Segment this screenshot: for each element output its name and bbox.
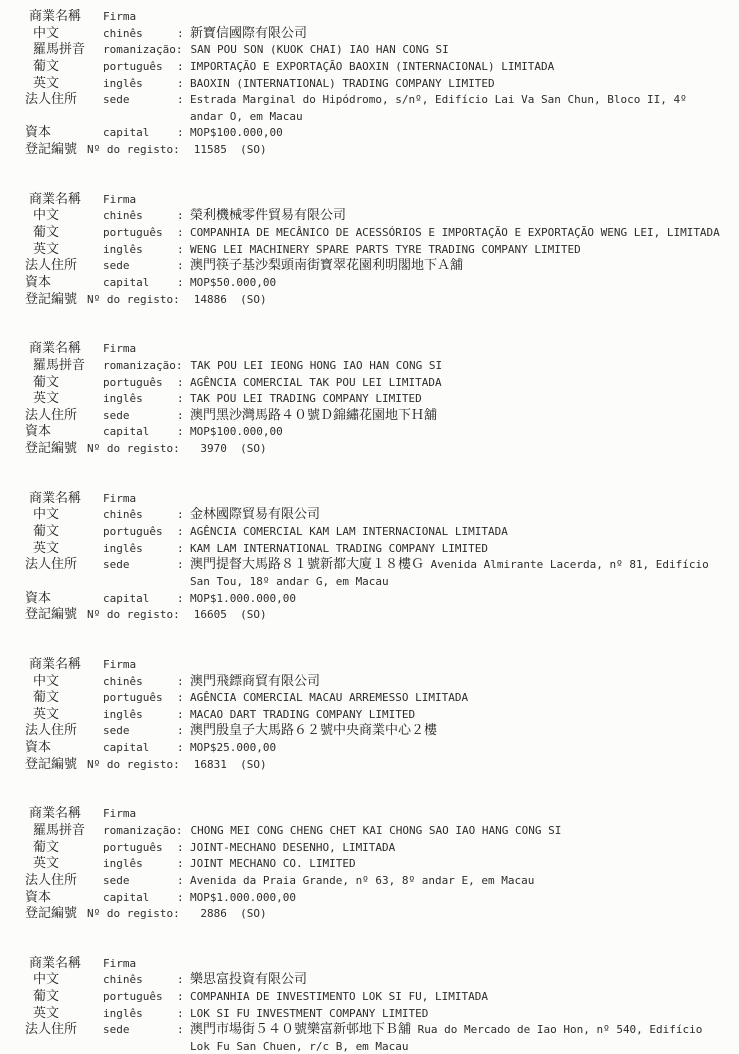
row-portuguese: 葡文português:JOINT-MECHANO DESENHO, LIMIT… bbox=[25, 840, 735, 857]
row-english: 英文inglês:TAK POU LEI TRADING COMPANY LIM… bbox=[25, 391, 735, 408]
label-pt-chinese: chinês bbox=[103, 26, 177, 43]
label-pt-registo: Nº do registo: bbox=[87, 906, 180, 923]
label-zh-firma: 商業名稱 bbox=[25, 9, 103, 26]
label-zh-firma: 商業名稱 bbox=[25, 806, 103, 823]
row-firma: 商業名稱Firma bbox=[25, 491, 735, 508]
row-firma: 商業名稱Firma bbox=[25, 9, 735, 26]
label-zh-portuguese: 葡文 bbox=[25, 690, 103, 707]
label-zh-sede: 法人住所 bbox=[25, 408, 103, 425]
value-english: LOK SI FU INVESTMENT COMPANY LIMITED bbox=[190, 1007, 428, 1020]
row-firma: 商業名稱Firma bbox=[25, 341, 735, 358]
label-zh-firma: 商業名稱 bbox=[25, 192, 103, 209]
colon-separator: : bbox=[177, 591, 190, 608]
row-english: 英文inglês:BAOXIN (INTERNATIONAL) TRADING … bbox=[25, 76, 735, 93]
label-zh-registo: 登記編號 bbox=[25, 142, 87, 159]
colon-separator: : bbox=[177, 989, 190, 1006]
colon-separator: : bbox=[177, 208, 190, 225]
registry-entry: 商業名稱Firma中文chinês:樂思富投資有限公司葡文português:C… bbox=[25, 956, 735, 1054]
label-pt-registo: Nº do registo: bbox=[87, 441, 180, 458]
label-pt-sede: sede bbox=[103, 557, 177, 574]
label-zh-capital: 資本 bbox=[25, 740, 103, 757]
row-portuguese: 葡文português:COMPANHIA DE INVESTIMENTO LO… bbox=[25, 989, 735, 1006]
label-pt-portuguese: português bbox=[103, 225, 177, 242]
label-zh-sede: 法人住所 bbox=[25, 92, 103, 109]
label-zh-sede: 法人住所 bbox=[25, 723, 103, 740]
colon-separator: : bbox=[177, 92, 190, 109]
cjk-text-segment: 澳門殷皇子大馬路６２號中央商業中心２樓 bbox=[190, 723, 437, 738]
label-zh-portuguese: 葡文 bbox=[25, 524, 103, 541]
label-pt-firma: Firma bbox=[103, 806, 177, 823]
cjk-text-segment: 澳門筷子基沙梨頭南街寶翠花園利明閣地下Ａ舖 bbox=[190, 258, 463, 273]
row-english: 英文inglês:WENG LEI MACHINERY SPARE PARTS … bbox=[25, 242, 735, 259]
row-portuguese: 葡文português:AGÊNCIA COMERCIAL TAK POU LE… bbox=[25, 375, 735, 392]
label-pt-english: inglês bbox=[103, 76, 177, 93]
colon-separator: : bbox=[177, 242, 190, 259]
scanned-registry-page: { "page": { "background": "#fcfcfb", "te… bbox=[0, 0, 739, 1054]
colon-separator: : bbox=[177, 723, 190, 740]
value-capital: MOP$50.000,00 bbox=[190, 276, 276, 289]
row-portuguese: 葡文português:COMPANHIA DE MECÂNICO DE ACE… bbox=[25, 225, 735, 242]
label-zh-capital: 資本 bbox=[25, 890, 103, 907]
label-pt-portuguese: português bbox=[103, 59, 177, 76]
row-capital: 資本capital:MOP$1.000.000,00 bbox=[25, 890, 735, 907]
value-registo: 16605 (SO) bbox=[194, 608, 267, 621]
label-pt-portuguese: português bbox=[103, 375, 177, 392]
row-registo: 登記編號Nº do registo: 3970 (SO) bbox=[25, 441, 735, 458]
label-pt-roman: romanização: bbox=[103, 358, 182, 375]
value-portuguese: AGÊNCIA COMERCIAL KAM LAM INTERNACIONAL … bbox=[190, 525, 508, 538]
colon-separator: : bbox=[177, 375, 190, 392]
value-portuguese: IMPORTAÇÃO E EXPORTAÇÃO BAOXIN (INTERNAC… bbox=[190, 60, 554, 73]
label-pt-english: inglês bbox=[103, 707, 177, 724]
label-pt-capital: capital bbox=[103, 591, 177, 608]
label-zh-sede: 法人住所 bbox=[25, 1022, 103, 1039]
value-english: JOINT MECHANO CO. LIMITED bbox=[190, 857, 356, 870]
label-zh-firma: 商業名稱 bbox=[25, 341, 103, 358]
registry-document: 商業名稱Firma中文chinês:新寶信國際有限公司羅馬拼音romanizaç… bbox=[0, 0, 739, 1054]
label-zh-portuguese: 葡文 bbox=[25, 989, 103, 1006]
row-sede-continuation: andar O, em Macau bbox=[25, 109, 735, 126]
cjk-text-segment: 澳門飛鏢商貿有限公司 bbox=[190, 674, 320, 689]
cjk-text-segment: 澳門提督大馬路８１號新都大廈１８樓Ｇ bbox=[190, 557, 424, 572]
colon-separator: : bbox=[177, 76, 190, 93]
colon-separator: : bbox=[177, 225, 190, 242]
value-english: KAM LAM INTERNATIONAL TRADING COMPANY LI… bbox=[190, 542, 488, 555]
label-pt-roman: romanização: bbox=[103, 823, 182, 840]
label-pt-capital: capital bbox=[103, 125, 177, 142]
row-roman: 羅馬拼音romanização:TAK POU LEI IEONG HONG I… bbox=[25, 358, 735, 375]
colon-separator: : bbox=[177, 541, 190, 558]
row-roman: 羅馬拼音romanização:CHONG MEI CONG CHENG CHE… bbox=[25, 823, 735, 840]
label-zh-sede: 法人住所 bbox=[25, 258, 103, 275]
row-portuguese: 葡文português:AGÊNCIA COMERCIAL KAM LAM IN… bbox=[25, 524, 735, 541]
value-chinese: 澳門飛鏢商貿有限公司 bbox=[190, 675, 320, 688]
row-sede: 法人住所sede:澳門殷皇子大馬路６２號中央商業中心２樓 bbox=[25, 723, 735, 740]
label-pt-firma: Firma bbox=[103, 956, 177, 973]
registry-entry: 商業名稱Firma中文chinês:澳門飛鏢商貿有限公司葡文português:… bbox=[25, 657, 735, 773]
label-zh-registo: 登記編號 bbox=[25, 292, 87, 309]
label-pt-capital: capital bbox=[103, 424, 177, 441]
row-sede-continuation: San Tou, 18º andar G, em Macau bbox=[25, 574, 735, 591]
colon-separator: : bbox=[177, 424, 190, 441]
value-chinese: 榮利機械零件貿易有限公司 bbox=[190, 209, 346, 222]
label-zh-registo: 登記編號 bbox=[25, 607, 87, 624]
value-portuguese: COMPANHIA DE INVESTIMENTO LOK SI FU, LIM… bbox=[190, 990, 488, 1003]
row-registo: 登記編號Nº do registo: 2886 (SO) bbox=[25, 906, 735, 923]
value-roman: CHONG MEI CONG CHENG CHET KAI CHONG SAO … bbox=[190, 824, 561, 837]
label-zh-portuguese: 葡文 bbox=[25, 375, 103, 392]
row-portuguese: 葡文português:AGÊNCIA COMERCIAL MACAU ARRE… bbox=[25, 690, 735, 707]
colon-separator: : bbox=[177, 1022, 190, 1039]
value-portuguese: COMPANHIA DE MECÂNICO DE ACESSÓRIOS E IM… bbox=[190, 226, 720, 239]
value-portuguese: AGÊNCIA COMERCIAL MACAU ARREMESSO LIMITA… bbox=[190, 691, 468, 704]
row-sede: 法人住所sede:澳門市場街５４０號樂富新邨地下Ｂ舖 Rua do Mercad… bbox=[25, 1022, 735, 1039]
row-english: 英文inglês:KAM LAM INTERNATIONAL TRADING C… bbox=[25, 541, 735, 558]
row-firma: 商業名稱Firma bbox=[25, 192, 735, 209]
label-zh-chinese: 中文 bbox=[25, 208, 103, 225]
colon-separator: : bbox=[177, 391, 190, 408]
value-registo: 11585 (SO) bbox=[194, 143, 267, 156]
value-capital: MOP$25.000,00 bbox=[190, 741, 276, 754]
label-zh-portuguese: 葡文 bbox=[25, 225, 103, 242]
value-capital: MOP$1.000.000,00 bbox=[190, 592, 296, 605]
value-sede: 澳門黑沙灣馬路４０號Ｄ錦繡花園地下Ｈ舖 bbox=[190, 409, 437, 422]
registry-entry: 商業名稱Firma中文chinês:新寶信國際有限公司羅馬拼音romanizaç… bbox=[25, 9, 735, 159]
label-pt-firma: Firma bbox=[103, 9, 177, 26]
label-pt-sede: sede bbox=[103, 723, 177, 740]
registry-entry: 商業名稱Firma羅馬拼音romanização:CHONG MEI CONG … bbox=[25, 806, 735, 922]
label-zh-chinese: 中文 bbox=[25, 674, 103, 691]
value-registo: 16831 (SO) bbox=[194, 758, 267, 771]
value-registo: 14886 (SO) bbox=[194, 293, 267, 306]
row-portuguese: 葡文português:IMPORTAÇÃO E EXPORTAÇÃO BAOX… bbox=[25, 59, 735, 76]
label-pt-firma: Firma bbox=[103, 341, 177, 358]
label-zh-capital: 資本 bbox=[25, 275, 103, 292]
colon-separator: : bbox=[177, 690, 190, 707]
value-sede: Estrada Marginal do Hipódromo, s/nº, Edi… bbox=[190, 93, 687, 106]
label-zh-english: 英文 bbox=[25, 391, 103, 408]
registry-entry: 商業名稱Firma羅馬拼音romanização:TAK POU LEI IEO… bbox=[25, 341, 735, 457]
label-zh-registo: 登記編號 bbox=[25, 441, 87, 458]
label-pt-firma: Firma bbox=[103, 491, 177, 508]
label-pt-capital: capital bbox=[103, 275, 177, 292]
label-pt-portuguese: português bbox=[103, 989, 177, 1006]
label-zh-portuguese: 葡文 bbox=[25, 840, 103, 857]
cjk-text-segment: 金林國際貿易有限公司 bbox=[190, 507, 320, 522]
row-capital: 資本capital:MOP$100.000,00 bbox=[25, 424, 735, 441]
colon-separator: : bbox=[177, 1006, 190, 1023]
colon-separator: : bbox=[177, 59, 190, 76]
value-sede-line2: Lok Fu San Chuen, r/c B, em Macau bbox=[190, 1040, 409, 1053]
label-pt-portuguese: português bbox=[103, 690, 177, 707]
label-pt-chinese: chinês bbox=[103, 208, 177, 225]
value-sede: 澳門市場街５４０號樂富新邨地下Ｂ舖 Rua do Mercado de Iao … bbox=[190, 1023, 702, 1036]
label-pt-registo: Nº do registo: bbox=[87, 292, 180, 309]
label-zh-chinese: 中文 bbox=[25, 507, 103, 524]
label-pt-firma: Firma bbox=[103, 657, 177, 674]
row-chinese: 中文chinês:澳門飛鏢商貿有限公司 bbox=[25, 674, 735, 691]
row-sede: 法人住所sede:澳門提督大馬路８１號新都大廈１８樓Ｇ Avenida Almi… bbox=[25, 557, 735, 574]
label-zh-english: 英文 bbox=[25, 1006, 103, 1023]
cjk-text-segment: 新寶信國際有限公司 bbox=[190, 26, 307, 41]
label-zh-english: 英文 bbox=[25, 856, 103, 873]
colon-separator: : bbox=[177, 125, 190, 142]
label-zh-registo: 登記編號 bbox=[25, 906, 87, 923]
label-zh-firma: 商業名稱 bbox=[25, 657, 103, 674]
label-zh-sede: 法人住所 bbox=[25, 557, 103, 574]
colon-separator: : bbox=[177, 26, 190, 43]
value-portuguese: JOINT-MECHANO DESENHO, LIMITADA bbox=[190, 841, 395, 854]
label-pt-registo: Nº do registo: bbox=[87, 142, 180, 159]
colon-separator: : bbox=[177, 840, 190, 857]
colon-separator: : bbox=[177, 674, 190, 691]
label-zh-capital: 資本 bbox=[25, 125, 103, 142]
label-zh-portuguese: 葡文 bbox=[25, 59, 103, 76]
label-zh-roman: 羅馬拼音 bbox=[25, 823, 103, 840]
row-capital: 資本capital:MOP$1.000.000,00 bbox=[25, 591, 735, 608]
value-roman: TAK POU LEI IEONG HONG IAO HAN CONG SI bbox=[190, 359, 442, 372]
label-zh-firma: 商業名稱 bbox=[25, 491, 103, 508]
label-pt-roman: romanização: bbox=[103, 42, 182, 59]
colon-separator: : bbox=[177, 258, 190, 275]
label-pt-portuguese: português bbox=[103, 840, 177, 857]
registry-entry: 商業名稱Firma中文chinês:榮利機械零件貿易有限公司葡文portuguê… bbox=[25, 192, 735, 308]
value-portuguese: AGÊNCIA COMERCIAL TAK POU LEI LIMITADA bbox=[190, 376, 442, 389]
latin-text-segment: Rua do Mercado de Iao Hon, nº 540, Edifí… bbox=[411, 1023, 702, 1036]
label-zh-chinese: 中文 bbox=[25, 26, 103, 43]
cjk-text-segment: 樂思富投資有限公司 bbox=[190, 972, 307, 987]
label-pt-chinese: chinês bbox=[103, 972, 177, 989]
value-roman: SAN POU SON (KUOK CHAI) IAO HAN CONG SI bbox=[190, 43, 448, 56]
row-sede: 法人住所sede:Estrada Marginal do Hipódromo, … bbox=[25, 92, 735, 109]
label-pt-registo: Nº do registo: bbox=[87, 607, 180, 624]
value-chinese: 金林國際貿易有限公司 bbox=[190, 508, 320, 521]
value-english: WENG LEI MACHINERY SPARE PARTS TYRE TRAD… bbox=[190, 243, 581, 256]
label-pt-sede: sede bbox=[103, 258, 177, 275]
label-pt-english: inglês bbox=[103, 541, 177, 558]
row-registo: 登記編號Nº do registo:11585 (SO) bbox=[25, 142, 735, 159]
label-pt-chinese: chinês bbox=[103, 507, 177, 524]
colon-separator: : bbox=[177, 275, 190, 292]
value-sede: 澳門提督大馬路８１號新都大廈１８樓Ｇ Avenida Almirante Lac… bbox=[190, 558, 709, 571]
value-sede: 澳門筷子基沙梨頭南街寶翠花園利明閣地下Ａ舖 bbox=[190, 259, 463, 272]
label-pt-english: inglês bbox=[103, 1006, 177, 1023]
label-pt-capital: capital bbox=[103, 890, 177, 907]
label-zh-capital: 資本 bbox=[25, 591, 103, 608]
row-firma: 商業名稱Firma bbox=[25, 657, 735, 674]
label-zh-roman: 羅馬拼音 bbox=[25, 358, 103, 375]
value-english: BAOXIN (INTERNATIONAL) TRADING COMPANY L… bbox=[190, 77, 495, 90]
label-zh-english: 英文 bbox=[25, 707, 103, 724]
label-pt-capital: capital bbox=[103, 740, 177, 757]
row-english: 英文inglês:LOK SI FU INVESTMENT COMPANY LI… bbox=[25, 1006, 735, 1023]
colon-separator: : bbox=[177, 873, 190, 890]
row-registo: 登記編號Nº do registo:16831 (SO) bbox=[25, 757, 735, 774]
value-registo: 3970 (SO) bbox=[194, 442, 267, 455]
colon-separator: : bbox=[177, 707, 190, 724]
value-chinese: 樂思富投資有限公司 bbox=[190, 973, 307, 986]
colon-separator: : bbox=[177, 507, 190, 524]
cjk-text-segment: 榮利機械零件貿易有限公司 bbox=[190, 208, 346, 223]
label-zh-capital: 資本 bbox=[25, 424, 103, 441]
value-sede-line2: San Tou, 18º andar G, em Macau bbox=[190, 575, 389, 588]
row-chinese: 中文chinês:樂思富投資有限公司 bbox=[25, 972, 735, 989]
colon-separator: : bbox=[177, 524, 190, 541]
registry-entry: 商業名稱Firma中文chinês:金林國際貿易有限公司葡文português:… bbox=[25, 491, 735, 624]
colon-separator: : bbox=[177, 890, 190, 907]
label-zh-english: 英文 bbox=[25, 242, 103, 259]
value-capital: MOP$100.000,00 bbox=[190, 425, 283, 438]
label-pt-sede: sede bbox=[103, 92, 177, 109]
label-pt-english: inglês bbox=[103, 391, 177, 408]
label-zh-english: 英文 bbox=[25, 541, 103, 558]
row-sede: 法人住所sede:澳門筷子基沙梨頭南街寶翠花園利明閣地下Ａ舖 bbox=[25, 258, 735, 275]
value-chinese: 新寶信國際有限公司 bbox=[190, 27, 307, 40]
row-firma: 商業名稱Firma bbox=[25, 806, 735, 823]
row-roman: 羅馬拼音romanização:SAN POU SON (KUOK CHAI) … bbox=[25, 42, 735, 59]
value-sede-line2: andar O, em Macau bbox=[190, 110, 303, 123]
value-sede: Avenida da Praia Grande, nº 63, 8º andar… bbox=[190, 874, 534, 887]
label-pt-sede: sede bbox=[103, 408, 177, 425]
row-english: 英文inglês:JOINT MECHANO CO. LIMITED bbox=[25, 856, 735, 873]
row-chinese: 中文chinês:金林國際貿易有限公司 bbox=[25, 507, 735, 524]
label-pt-english: inglês bbox=[103, 856, 177, 873]
label-pt-sede: sede bbox=[103, 873, 177, 890]
colon-separator: : bbox=[177, 740, 190, 757]
label-zh-chinese: 中文 bbox=[25, 972, 103, 989]
label-pt-firma: Firma bbox=[103, 192, 177, 209]
value-english: TAK POU LEI TRADING COMPANY LIMITED bbox=[190, 392, 422, 405]
label-pt-registo: Nº do registo: bbox=[87, 757, 180, 774]
row-chinese: 中文chinês:新寶信國際有限公司 bbox=[25, 26, 735, 43]
label-pt-portuguese: português bbox=[103, 524, 177, 541]
row-firma: 商業名稱Firma bbox=[25, 956, 735, 973]
value-sede: 澳門殷皇子大馬路６２號中央商業中心２樓 bbox=[190, 724, 437, 737]
label-zh-english: 英文 bbox=[25, 76, 103, 93]
colon-separator: : bbox=[177, 972, 190, 989]
value-english: MACAO DART TRADING COMPANY LIMITED bbox=[190, 708, 415, 721]
label-pt-sede: sede bbox=[103, 1022, 177, 1039]
label-pt-chinese: chinês bbox=[103, 674, 177, 691]
label-pt-english: inglês bbox=[103, 242, 177, 259]
colon-separator: : bbox=[177, 557, 190, 574]
cjk-text-segment: 澳門市場街５４０號樂富新邨地下Ｂ舖 bbox=[190, 1022, 411, 1037]
label-zh-firma: 商業名稱 bbox=[25, 956, 103, 973]
value-registo: 2886 (SO) bbox=[194, 907, 267, 920]
label-zh-registo: 登記編號 bbox=[25, 757, 87, 774]
latin-text-segment: Avenida Almirante Lacerda, nº 81, Edifíc… bbox=[424, 558, 709, 571]
row-sede: 法人住所sede:澳門黑沙灣馬路４０號Ｄ錦繡花園地下Ｈ舖 bbox=[25, 408, 735, 425]
row-sede-continuation: Lok Fu San Chuen, r/c B, em Macau bbox=[25, 1039, 735, 1054]
label-zh-sede: 法人住所 bbox=[25, 873, 103, 890]
row-capital: 資本capital:MOP$25.000,00 bbox=[25, 740, 735, 757]
row-capital: 資本capital:MOP$50.000,00 bbox=[25, 275, 735, 292]
label-zh-roman: 羅馬拼音 bbox=[25, 42, 103, 59]
row-english: 英文inglês:MACAO DART TRADING COMPANY LIMI… bbox=[25, 707, 735, 724]
row-registo: 登記編號Nº do registo:14886 (SO) bbox=[25, 292, 735, 309]
row-capital: 資本capital:MOP$100.000,00 bbox=[25, 125, 735, 142]
row-chinese: 中文chinês:榮利機械零件貿易有限公司 bbox=[25, 208, 735, 225]
cjk-text-segment: 澳門黑沙灣馬路４０號Ｄ錦繡花園地下Ｈ舖 bbox=[190, 408, 437, 423]
colon-separator: : bbox=[177, 408, 190, 425]
value-capital: MOP$100.000,00 bbox=[190, 126, 283, 139]
row-sede: 法人住所sede:Avenida da Praia Grande, nº 63,… bbox=[25, 873, 735, 890]
value-capital: MOP$1.000.000,00 bbox=[190, 891, 296, 904]
row-registo: 登記編號Nº do registo:16605 (SO) bbox=[25, 607, 735, 624]
colon-separator: : bbox=[177, 856, 190, 873]
